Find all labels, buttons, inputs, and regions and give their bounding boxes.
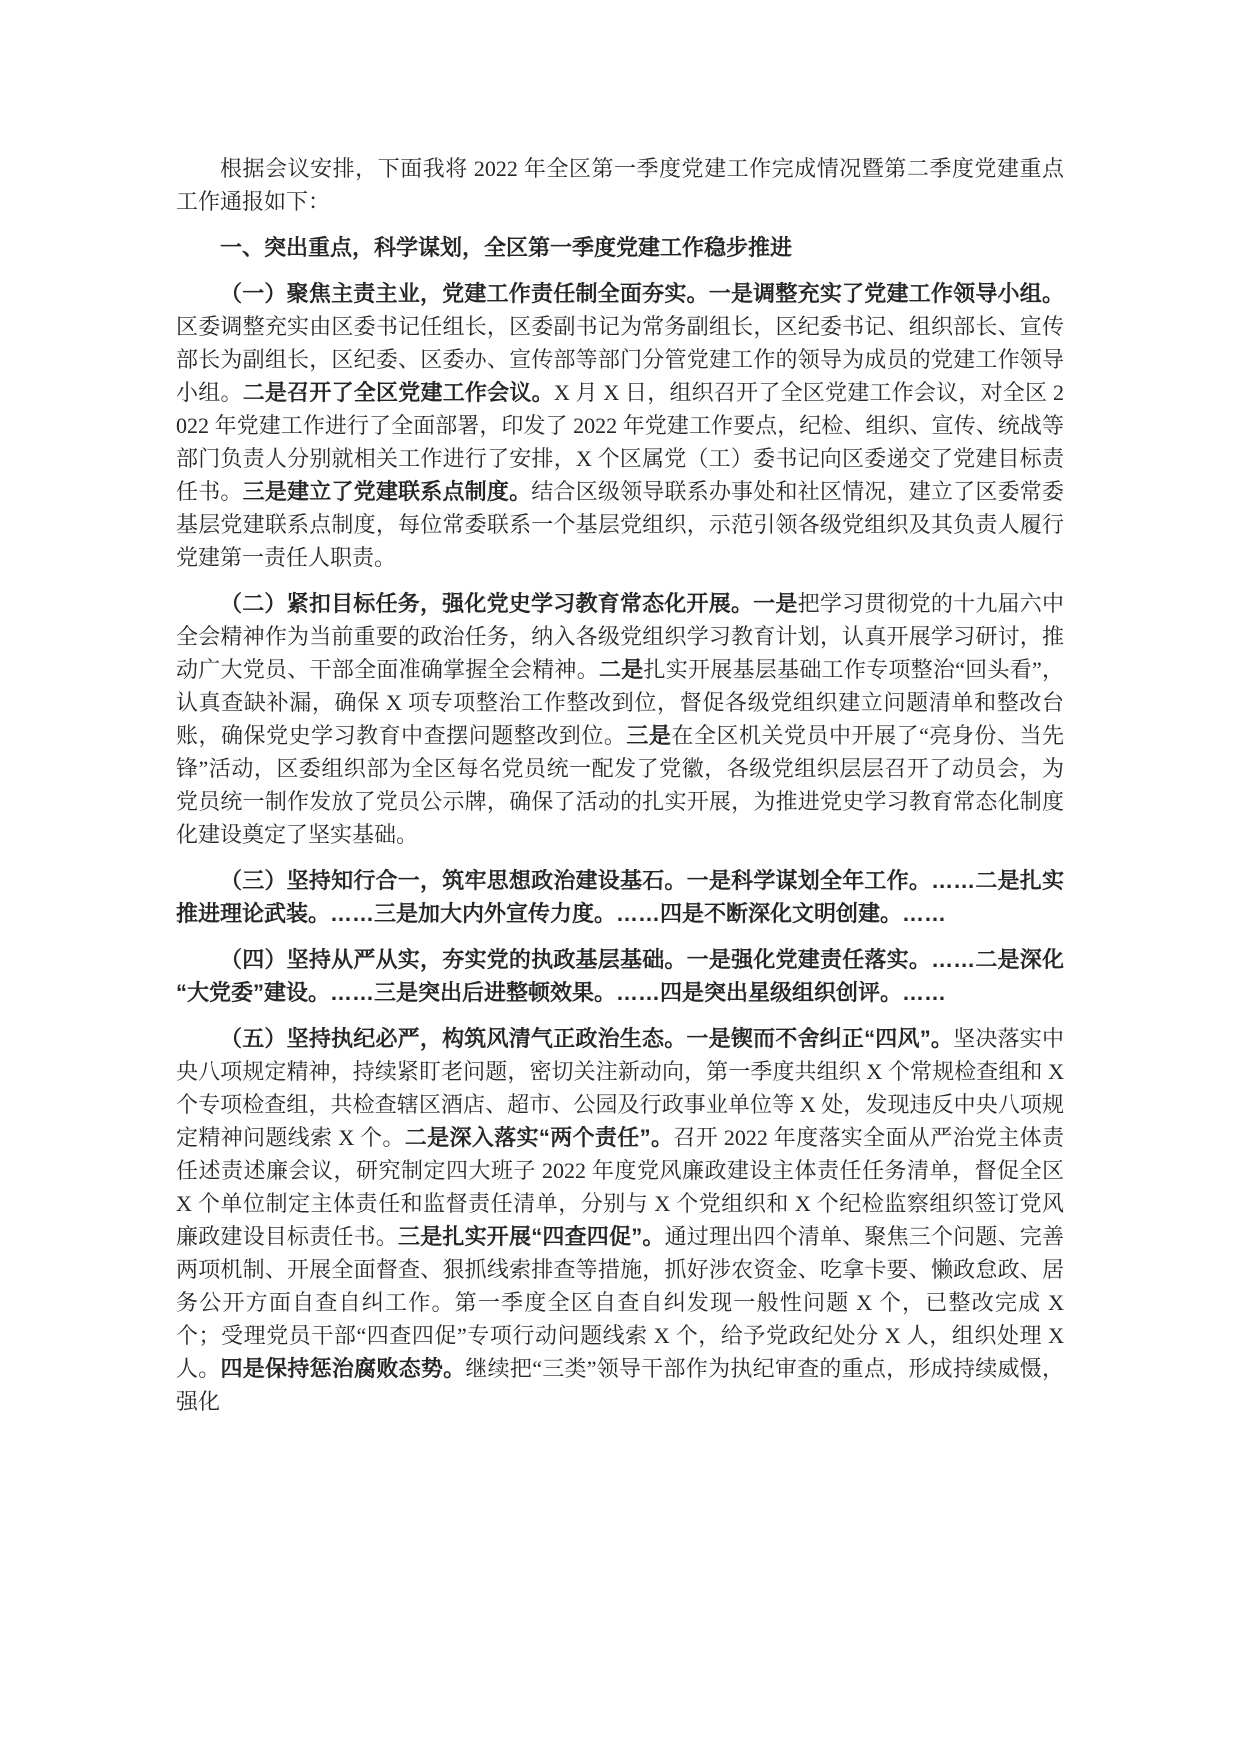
text-run-bold: 一、突出重点，科学谋划，全区第一季度党建工作稳步推进: [220, 235, 792, 260]
text-run-bold: （一）聚焦主责主业，党建工作责任制全面夯实。一是调整充实了党建工作领导小组。: [220, 281, 1064, 306]
intro-paragraph: 根据会议安排，下面我将 2022 年全区第一季度党建工作完成情况暨第二季度党建重…: [176, 152, 1064, 218]
section-1-heading: 一、突出重点，科学谋划，全区第一季度党建工作稳步推进: [176, 231, 1064, 264]
text-run-bold: （四）坚持从严从实，夯实党的执政基层基础。一是强化党建责任落实。……二是深化“大…: [176, 947, 1064, 1005]
subsection-2-paragraph: （二）紧扣目标任务，强化党史学习教育常态化开展。一是把学习贯彻党的十九届六中全会…: [176, 587, 1064, 851]
text-run-bold: 三是建立了党建联系点制度。: [243, 479, 532, 504]
text-run-bold: （五）坚持执纪必严，构筑风清气正政治生态。一是锲而不舍纠正“四风”。: [220, 1026, 953, 1051]
document-page: 根据会议安排，下面我将 2022 年全区第一季度党建工作完成情况暨第二季度党建重…: [0, 0, 1240, 1754]
text-run-bold: 二是深入落实“两个责任”。: [405, 1125, 674, 1150]
subsection-4-paragraph: （四）坚持从严从实，夯实党的执政基层基础。一是强化党建责任落实。……二是深化“大…: [176, 943, 1064, 1009]
text-run-bold: （二）紧扣目标任务，强化党史学习教育常态化开展。一是: [220, 591, 798, 616]
document-body: 根据会议安排，下面我将 2022 年全区第一季度党建工作完成情况暨第二季度党建重…: [176, 152, 1064, 1418]
subsection-1-paragraph: （一）聚焦主责主业，党建工作责任制全面夯实。一是调整充实了党建工作领导小组。区委…: [176, 277, 1064, 574]
subsection-5-paragraph: （五）坚持执纪必严，构筑风清气正政治生态。一是锲而不舍纠正“四风”。坚决落实中央…: [176, 1022, 1064, 1418]
text-run-bold: 三是: [626, 723, 671, 748]
text-run-bold: （三）坚持知行合一，筑牢思想政治建设基石。一是科学谋划全年工作。……二是扎实推进…: [176, 868, 1064, 926]
text-run: 根据会议安排，下面我将 2022 年全区第一季度党建工作完成情况暨第二季度党建重…: [176, 156, 1064, 214]
subsection-3-paragraph: （三）坚持知行合一，筑牢思想政治建设基石。一是科学谋划全年工作。……二是扎实推进…: [176, 864, 1064, 930]
text-run-bold: 三是扎实开展“四查四促”。: [398, 1224, 665, 1249]
text-run-bold: 二是召开了全区党建工作会议。: [243, 380, 554, 405]
text-run-bold: 二是: [599, 657, 644, 682]
text-run-bold: 四是保持惩治腐败态势。: [221, 1356, 466, 1381]
